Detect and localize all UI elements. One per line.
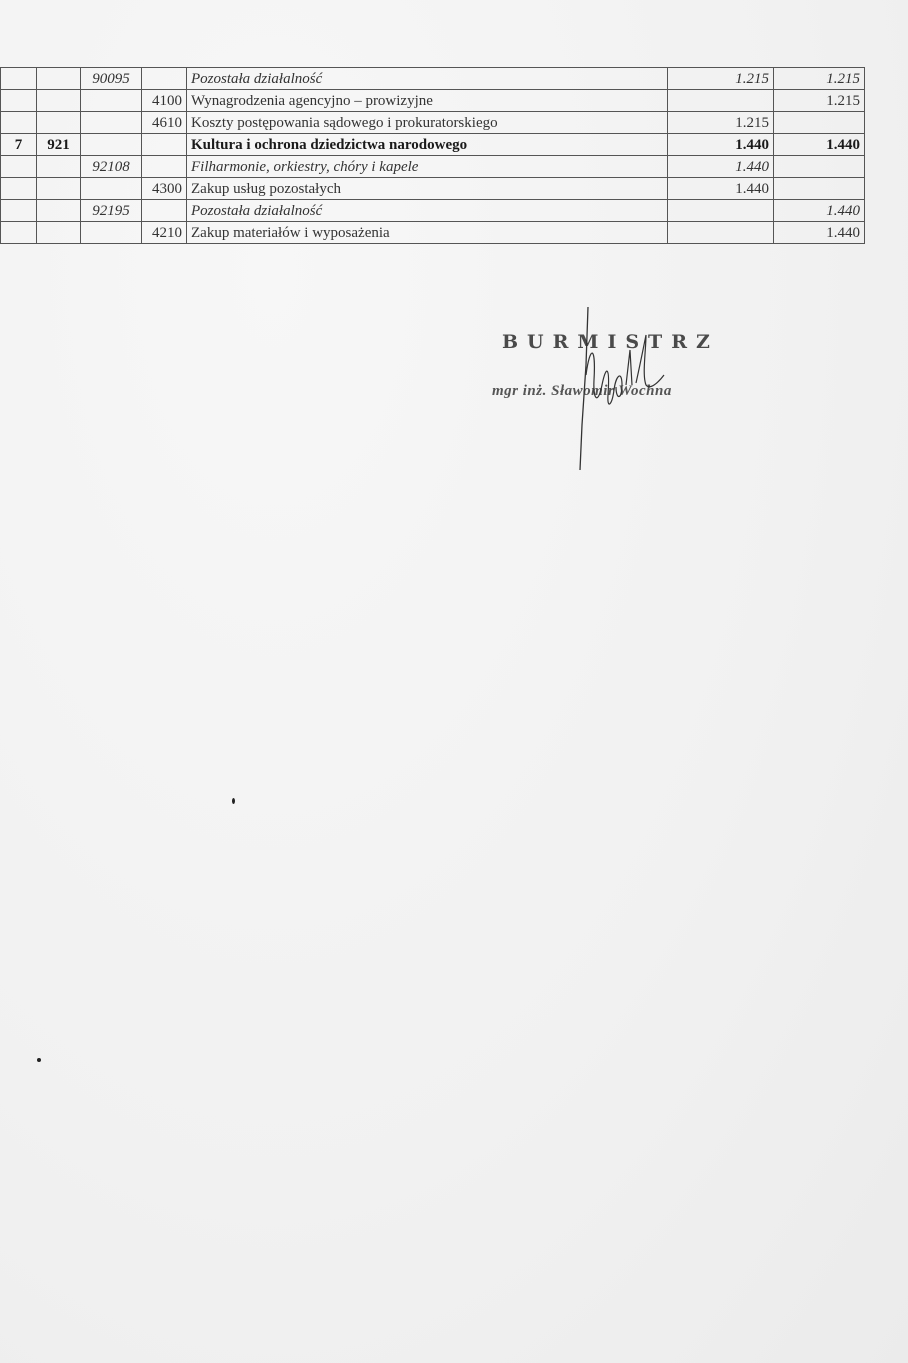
rozdzial-cell: 92108 <box>81 156 142 178</box>
paragraf-cell: 4100 <box>142 90 187 112</box>
rozdzial-cell <box>81 112 142 134</box>
zwiekszenia-cell: 1.440 <box>774 222 865 244</box>
paragraf-cell <box>142 156 187 178</box>
nazwa-cell: Zakup materiałów i wyposażenia <box>187 222 668 244</box>
zmniejszenia-cell <box>668 200 774 222</box>
paragraf-cell <box>142 200 187 222</box>
paragraf-cell: 4300 <box>142 178 187 200</box>
zwiekszenia-cell: 1.440 <box>774 200 865 222</box>
dzial-cell <box>37 68 81 90</box>
zmniejszenia-cell: 1.440 <box>668 178 774 200</box>
nazwa-cell: Filharmonie, orkiestry, chóry i kapele <box>187 156 668 178</box>
table-row: 4100 Wynagrodzenia agencyjno – prowizyjn… <box>1 90 865 112</box>
lp-cell <box>1 112 37 134</box>
paragraf-cell: 4610 <box>142 112 187 134</box>
dzial-cell <box>37 156 81 178</box>
signature-icon <box>560 305 670 475</box>
rozdzial-cell <box>81 178 142 200</box>
budget-changes-table: 90095 Pozostała działalność 1.215 1.215 … <box>0 67 865 244</box>
nazwa-cell: Pozostała działalność <box>187 68 668 90</box>
table-row: 92108 Filharmonie, orkiestry, chóry i ka… <box>1 156 865 178</box>
nazwa-cell: Kultura i ochrona dziedzictwa narodowego <box>187 134 668 156</box>
table-row: 4300 Zakup usług pozostałych 1.440 <box>1 178 865 200</box>
zwiekszenia-cell <box>774 112 865 134</box>
nazwa-cell: Koszty postępowania sądowego i prokurato… <box>187 112 668 134</box>
zmniejszenia-cell: 1.215 <box>668 112 774 134</box>
scan-speck <box>37 1058 41 1062</box>
dzial-cell <box>37 90 81 112</box>
lp-cell <box>1 178 37 200</box>
lp-cell <box>1 156 37 178</box>
rozdzial-cell <box>81 90 142 112</box>
rozdzial-cell <box>81 222 142 244</box>
table-row: 4210 Zakup materiałów i wyposażenia 1.44… <box>1 222 865 244</box>
table-row: 4610 Koszty postępowania sądowego i prok… <box>1 112 865 134</box>
paragraf-cell: 4210 <box>142 222 187 244</box>
scan-speck <box>232 798 235 804</box>
zwiekszenia-cell <box>774 178 865 200</box>
zwiekszenia-cell <box>774 156 865 178</box>
lp-cell <box>1 222 37 244</box>
zwiekszenia-cell: 1.215 <box>774 90 865 112</box>
rozdzial-cell: 90095 <box>81 68 142 90</box>
zmniejszenia-cell <box>668 90 774 112</box>
lp-cell: 7 <box>1 134 37 156</box>
dzial-cell: 921 <box>37 134 81 156</box>
dzial-cell <box>37 112 81 134</box>
paragraf-cell <box>142 134 187 156</box>
zwiekszenia-cell: 1.215 <box>774 68 865 90</box>
nazwa-cell: Pozostała działalność <box>187 200 668 222</box>
rozdzial-cell <box>81 134 142 156</box>
zmniejszenia-cell: 1.440 <box>668 156 774 178</box>
zmniejszenia-cell: 1.440 <box>668 134 774 156</box>
dzial-cell <box>37 222 81 244</box>
zmniejszenia-cell <box>668 222 774 244</box>
paragraf-cell <box>142 68 187 90</box>
lp-cell <box>1 90 37 112</box>
dzial-cell <box>37 178 81 200</box>
zmniejszenia-cell: 1.215 <box>668 68 774 90</box>
dzial-cell <box>37 200 81 222</box>
table-row: 92195 Pozostała działalność 1.440 <box>1 200 865 222</box>
rozdzial-cell: 92195 <box>81 200 142 222</box>
lp-cell <box>1 68 37 90</box>
table-row: 90095 Pozostała działalność 1.215 1.215 <box>1 68 865 90</box>
nazwa-cell: Wynagrodzenia agencyjno – prowizyjne <box>187 90 668 112</box>
nazwa-cell: Zakup usług pozostałych <box>187 178 668 200</box>
zwiekszenia-cell: 1.440 <box>774 134 865 156</box>
table-row: 7 921 Kultura i ochrona dziedzictwa naro… <box>1 134 865 156</box>
lp-cell <box>1 200 37 222</box>
